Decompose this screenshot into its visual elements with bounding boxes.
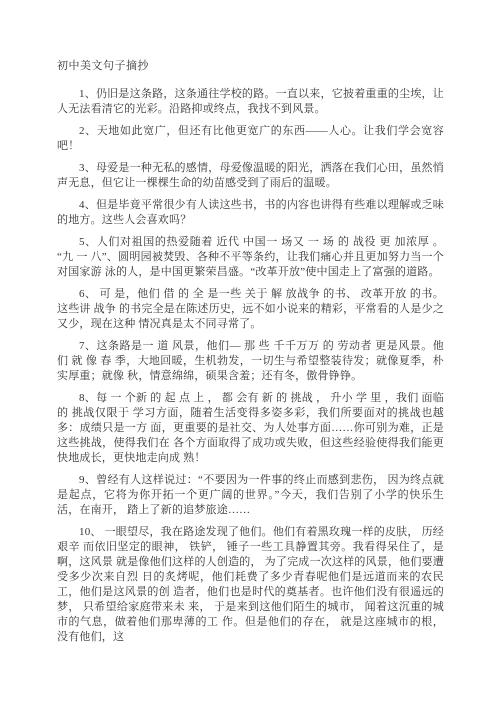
paragraph-10: 10、 一眼望尽，我在路途发现了他们。他们有着黑玫瑰一样的皮肤， 历经艰辛 而依… [57, 525, 444, 645]
document-page: 初中美文句子摘抄 1、仍旧是这条路，这条通往学校的路。一直以来，它披着重重的尘埃… [0, 0, 500, 707]
paragraph-6: 6、 可 是，他们 借 的 全 是一些 关于 解 放战争 的书、 改革开放 的书… [57, 287, 444, 332]
paragraph-7: 7、这条路是一 道 风景，他们— 那 些 千千万万 的 劳动者 更是风景。他们 … [57, 339, 444, 384]
paragraph-8: 8、每 一 个新 的 起 点 上 ， 都 会有 新 的 挑战 ， 升小 学 里 … [57, 391, 444, 466]
document-body: 1、仍旧是这条路，这条通往学校的路。一直以来，它披着重重的尘埃，让人无法看清它的… [57, 87, 444, 645]
paragraph-9: 9、曾经有人这样说过：“不要因为一件事的终止而感到悲伤， 因为终点就是起点，它将… [57, 473, 444, 518]
document-title: 初中美文句子摘抄 [57, 59, 444, 74]
paragraph-5: 5、人们对祖国的热爱随着 近代 中国一 场又 一 场 的 战役 更 加浓厚 。“… [57, 235, 444, 280]
paragraph-3: 3、母爱是一种无私的感情，母爱像温暖的阳光，洒落在我们心田，虽然悄声无息，但它让… [57, 161, 444, 191]
paragraph-4: 4、但是毕竟平常很少有人读这些书，书的内容也讲得有些难以理解或乏味的地方。这些人… [57, 198, 444, 228]
paragraph-2: 2、天地如此宽广，但还有比他更宽广的东西——人心。让我们学会宽容吧！ [57, 124, 444, 154]
paragraph-1: 1、仍旧是这条路，这条通往学校的路。一直以来，它披着重重的尘埃，让人无法看清它的… [57, 87, 444, 117]
